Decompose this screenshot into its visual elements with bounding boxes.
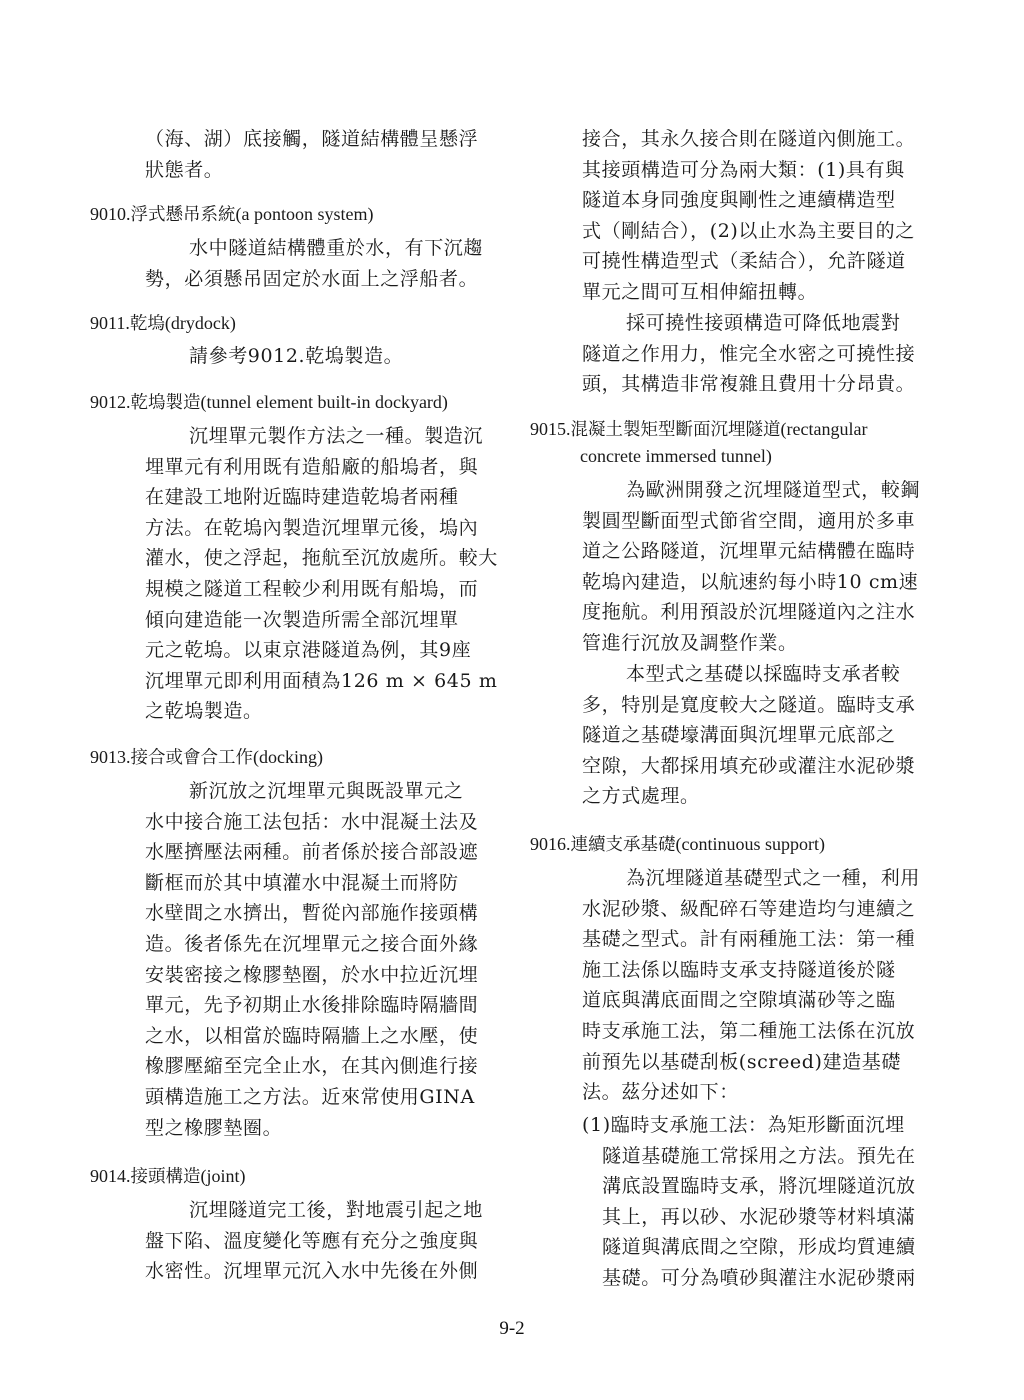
entry-body-9013: 新沉放之沉埋單元與既設單元之 水中接合施工法包括：水中混凝土法及 水壓擠壓法兩種… (90, 776, 550, 1143)
entry-body-9011: 請參考9012.乾塢製造。 (90, 341, 550, 372)
entry-heading-9011: 9011.乾塢(drydock) (90, 310, 495, 337)
entry-heading-9015: 9015.混凝土製矩型斷面沉埋隧道(rectangular concrete i… (530, 416, 935, 469)
entry-heading-9010: 9010.浮式懸吊系統(a pontoon system) (90, 201, 495, 228)
entry-body-9010: 水中隧道結構體重於水，有下沉趨 勢，必須懸吊固定於水面上之浮船者。 (90, 233, 550, 294)
list-item-label: (1) (582, 1114, 611, 1136)
entry-body-9015-p1: 為歐洲開發之沉埋隧道型式，較鋼 製圓型斷面型式節省空間，適用於多車 道之公路隧道… (530, 475, 987, 659)
document-page: （海、湖）底接觸，隧道結構體呈懸浮 狀態者。 9010.浮式懸吊系統(a pon… (0, 0, 1024, 1400)
entry-body-9016: 為沉埋隧道基礎型式之一種，利用 水泥砂漿、級配碎石等建造均勻連續之 基礎之型式。… (530, 863, 987, 1108)
entry-heading-9016: 9016.連續支承基礎(continuous support) (530, 831, 935, 858)
entry-body-9012: 沉埋單元製作方法之一種。製造沉 埋單元有利用既有造船廠的船塢者，與 在建設工地附… (90, 421, 550, 727)
entry-heading-9012: 9012.乾塢製造(tunnel element built-in dockya… (90, 389, 495, 416)
page-number: 9-2 (0, 1318, 1024, 1340)
continuation-paragraph-9014: 接合，其永久接合則在隧道內側施工。 其接頭構造可分為兩大類：(1)具有與 隧道本… (530, 124, 987, 308)
continuation-paragraph: （海、湖）底接觸，隧道結構體呈懸浮 狀態者。 (90, 124, 550, 185)
list-item-1: (1)臨時支承施工法：為矩形斷面沉埋 隧道基礎施工常採用之方法。預先在 溝底設置… (530, 1110, 987, 1294)
entry-body-9015-p2: 本型式之基礎以採臨時支承者較 多，特別是寬度較大之隧道。臨時支承 隧道之基礎壕溝… (530, 659, 987, 812)
entry-heading-9013: 9013.接合或會合工作(docking) (90, 744, 495, 771)
entry-body-9014: 沉埋隧道完工後，對地震引起之地 盤下陷、溫度變化等應有充分之強度與 水密性。沉埋… (90, 1195, 550, 1287)
continuation-paragraph-2-9014: 採可撓性接頭構造可降低地震對 隧道之作用力，惟完全水密之可撓性接 頭，其構造非常… (530, 308, 987, 400)
entry-heading-9014: 9014.接頭構造(joint) (90, 1163, 495, 1190)
